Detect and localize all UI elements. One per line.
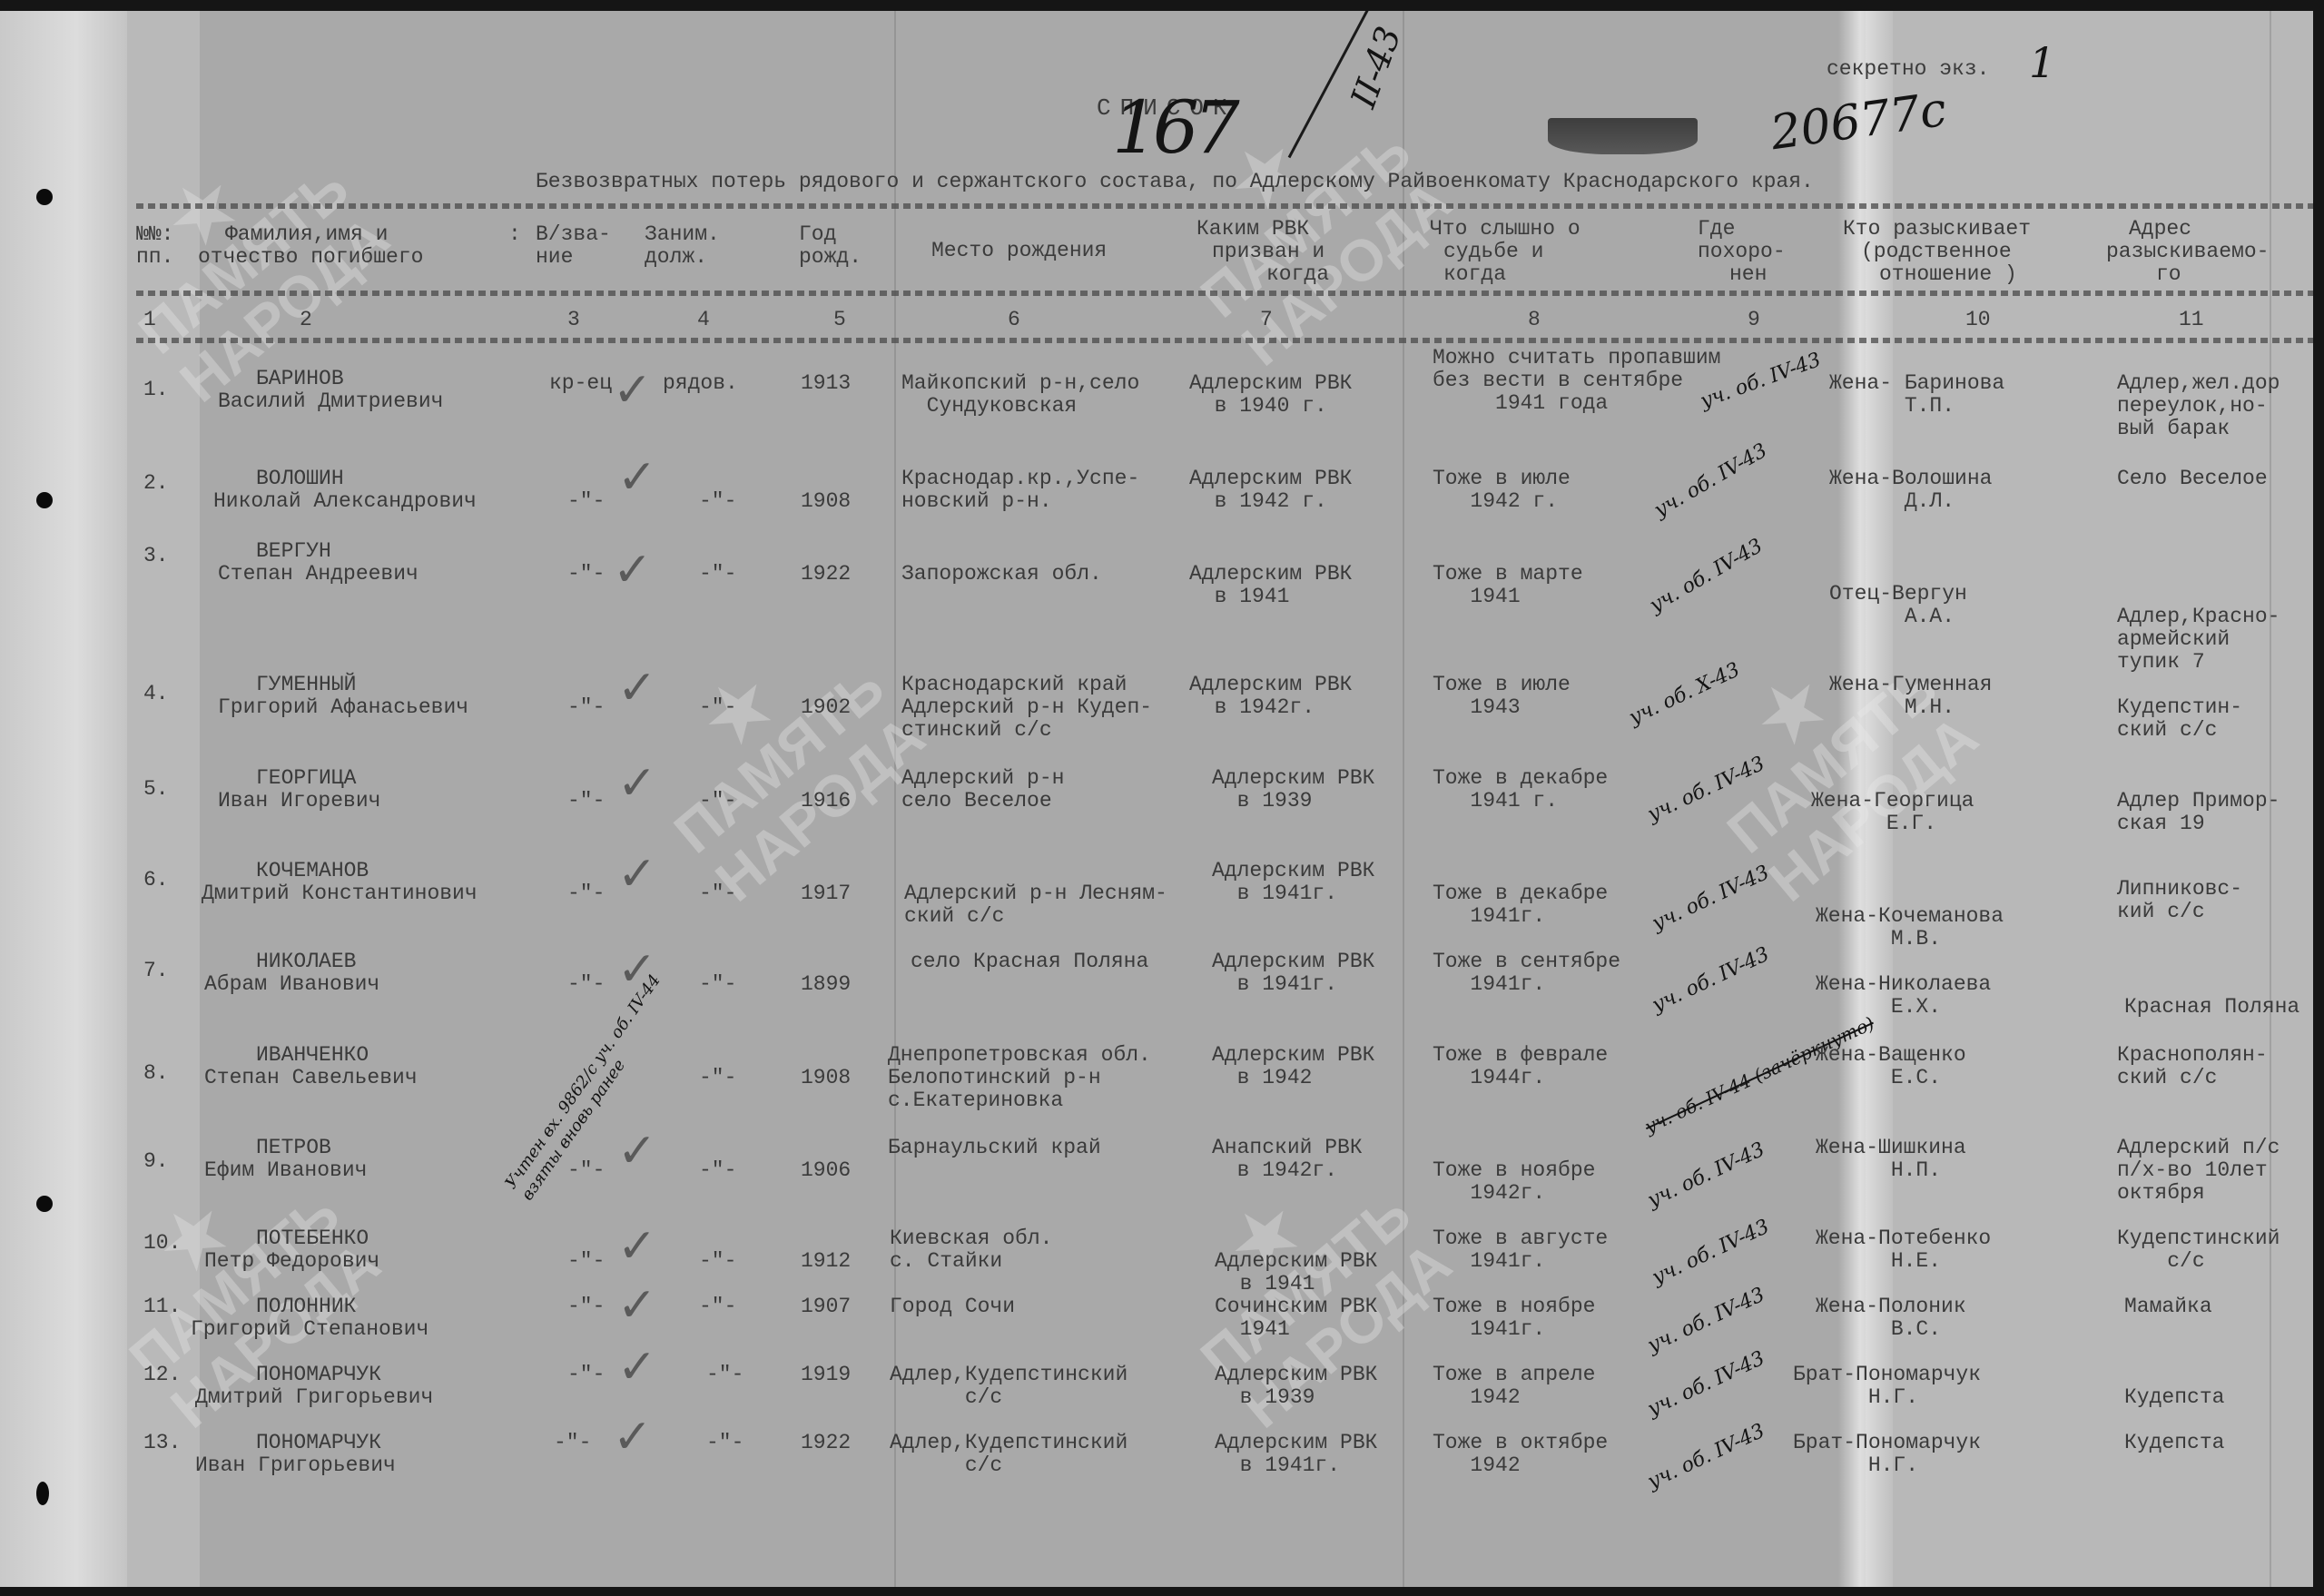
- checkmark-icon: ✓: [617, 1128, 657, 1175]
- fate: Можно считать пропавшим без вести в сент…: [1433, 347, 1720, 415]
- birthplace: Адлер,Кудепстинский с/с: [890, 1432, 1128, 1477]
- page-margin-strip: [0, 11, 127, 1587]
- column-header-8: Что слышно о: [1430, 218, 1581, 241]
- surname: ИВАНЧЕНКО: [256, 1044, 369, 1067]
- punch-hole: [36, 1196, 53, 1212]
- draft-office: Адлерским РВК в 1939: [1212, 767, 1374, 813]
- birth-year: 1908: [801, 490, 851, 513]
- rank: -"-: [567, 563, 605, 586]
- position: -"-: [706, 1432, 743, 1454]
- fate: Тоже в июле 1942 г.: [1433, 468, 1571, 513]
- sheet-number-handwritten: 167: [1112, 85, 1235, 170]
- searching-relative: Жена-Гуменная М.Н.: [1829, 674, 1992, 719]
- draft-office: Анапский РВК в 1942г.: [1212, 1137, 1363, 1182]
- column-number: 10: [1965, 309, 1991, 331]
- handwritten-note: уч. об. IV-43: [1644, 1347, 1768, 1421]
- draft-office: Адлерским РВК в 1941г.: [1212, 951, 1374, 996]
- draft-office: Адлерским РВК в 1941: [1215, 1250, 1377, 1296]
- column-header-1: №№:: [136, 223, 173, 246]
- surname: БАРИНОВ: [256, 368, 344, 390]
- position: -"-: [699, 1067, 736, 1089]
- row-number: 2.: [143, 472, 169, 495]
- given-name: Дмитрий Константинович: [202, 882, 478, 905]
- draft-office: Адлерским РВК в 1939: [1215, 1364, 1377, 1409]
- row-number: 4.: [143, 683, 169, 705]
- position: -"-: [699, 1250, 736, 1273]
- punch-hole: [36, 189, 53, 205]
- row-number: 3.: [143, 545, 169, 567]
- checkmark-icon: ✓: [617, 1282, 657, 1329]
- surname: ВЕРГУН: [256, 540, 331, 563]
- column-number: 8: [1528, 309, 1541, 331]
- row-number: 5.: [143, 778, 169, 801]
- draft-office: Адлерским РВК в 1940 г.: [1189, 372, 1352, 418]
- fate: Тоже в феврале 1944г.: [1433, 1044, 1608, 1089]
- rank: -"-: [567, 973, 605, 996]
- surname: ПОТЕБЕНКО: [256, 1227, 369, 1250]
- fate: Тоже в июле 1943: [1433, 674, 1571, 719]
- row-number: 13.: [143, 1432, 181, 1454]
- birth-year: 1919: [801, 1364, 851, 1386]
- draft-office: Адлерским РВК в 1942г.: [1189, 674, 1352, 719]
- rank: -"-: [567, 696, 605, 719]
- position: рядов.: [663, 372, 738, 395]
- column-header-10: отношение ): [1879, 263, 2017, 286]
- searching-relative: Жена-Георгица Е.Г.: [1811, 790, 1974, 835]
- column-number: 9: [1748, 309, 1760, 331]
- draft-office: Адлерским РВК в 1942 г.: [1189, 468, 1352, 513]
- column-number: 2: [300, 309, 312, 331]
- birth-year: 1902: [801, 696, 851, 719]
- given-name: Ефим Иванович: [204, 1159, 367, 1182]
- column-header-7: призван и: [1212, 241, 1324, 263]
- birthplace: Адлерский р-н село Веселое: [901, 767, 1064, 813]
- given-name: Григорий Степанович: [191, 1318, 428, 1341]
- searching-relative: Жена-Полоник В.С.: [1816, 1296, 1966, 1341]
- fate: Тоже в декабре 1941 г.: [1433, 767, 1608, 813]
- relative-address: Кудепстинский с/с: [2117, 1227, 2280, 1273]
- birth-year: 1906: [801, 1159, 851, 1182]
- column-number: 4: [697, 309, 710, 331]
- handwritten-note: уч. об. IV-43: [1644, 1420, 1768, 1493]
- column-number: 11: [2179, 309, 2204, 331]
- searching-relative: Брат-Пономарчук Н.Г.: [1793, 1364, 1981, 1409]
- column-header-9: нен: [1729, 263, 1767, 286]
- birth-year: 1907: [801, 1296, 851, 1318]
- searching-relative: Жена-Николаева Е.Х.: [1816, 973, 1991, 1019]
- position: -"-: [699, 1159, 736, 1182]
- relative-address: Мамайка: [2124, 1296, 2212, 1318]
- column-header-10: Кто разыскивает: [1843, 218, 2031, 241]
- column-header-3: В/зва-: [536, 223, 611, 246]
- searching-relative: Жена-Волошина Д.Л.: [1829, 468, 1992, 513]
- column-header-10: (родственное: [1861, 241, 2012, 263]
- surname: ГЕОРГИЦА: [256, 767, 356, 790]
- checkmark-icon: ✓: [613, 367, 653, 414]
- secrecy-label: секретно экз.: [1827, 58, 1989, 81]
- column-header-4: долж.: [645, 246, 707, 269]
- searching-relative: Жена-Шишкина Н.П.: [1816, 1137, 1966, 1182]
- document-subtitle: Безвозвратных потерь рядового и сержантс…: [536, 171, 1814, 193]
- relative-address: Адлер Примор- ская 19: [2117, 790, 2280, 835]
- birthplace: Краснодарский край Адлерский р-н Кудеп- …: [901, 674, 1152, 742]
- checkmark-icon: ✓: [613, 547, 653, 594]
- column-header-4: Заним.: [645, 223, 720, 246]
- surname: ПОЛОННИК: [256, 1296, 356, 1318]
- surname: ПЕТРОВ: [256, 1137, 331, 1159]
- given-name: Абрам Иванович: [204, 973, 379, 996]
- column-number: 3: [567, 309, 580, 331]
- rank: -"-: [567, 1296, 605, 1318]
- birthplace: Барнаульский край: [888, 1137, 1101, 1159]
- row-number: 9.: [143, 1150, 169, 1173]
- surname: ПОНОМАРЧУК: [256, 1432, 381, 1454]
- relative-address: Адлерский п/с п/х-во 10лет октября: [2117, 1137, 2280, 1205]
- column-number: 7: [1260, 309, 1273, 331]
- relative-address: Краснополян- ский с/с: [2117, 1044, 2268, 1089]
- birthplace: Адлерский р-н Лесням- ский с/с: [904, 882, 1167, 928]
- handwritten-note: уч. об. X-43: [1626, 658, 1744, 729]
- birthplace: Киевская обл. с. Стайки: [890, 1227, 1052, 1273]
- surname: ВОЛОШИН: [256, 468, 344, 490]
- given-name: Николай Александрович: [213, 490, 477, 513]
- column-number: 1: [143, 309, 156, 331]
- searching-relative: Брат-Пономарчук Н.Г.: [1793, 1432, 1981, 1477]
- column-header-7: когда: [1266, 263, 1329, 286]
- position: -"-: [699, 790, 736, 813]
- row-number: 8.: [143, 1062, 169, 1085]
- searching-relative: Жена- Баринова Т.П.: [1829, 372, 2004, 418]
- position: -"-: [699, 882, 736, 905]
- given-name: Степан Андреевич: [218, 563, 419, 586]
- position: -"-: [699, 973, 736, 996]
- column-separator: :: [508, 223, 521, 246]
- rank: -"-: [567, 790, 605, 813]
- birthplace: село Красная Поляна: [911, 951, 1148, 973]
- header-divider: [136, 291, 2313, 296]
- relative-address: Село Веселое: [2117, 468, 2268, 490]
- rank: -"-: [554, 1432, 591, 1454]
- birth-year: 1913: [801, 372, 851, 395]
- given-name: Степан Савельевич: [204, 1067, 418, 1089]
- column-header-11: разыскиваемо-: [2106, 241, 2269, 263]
- given-name: Василий Дмитриевич: [218, 390, 443, 413]
- birth-year: 1917: [801, 882, 851, 905]
- row-number: 6.: [143, 869, 169, 892]
- archival-document-page: ★ПАМЯТЬНАРОДА ★ПАМЯТЬНАРОДА ★ПАМЯТЬНАРОД…: [0, 11, 2313, 1587]
- searching-relative: Жена-Кочеманова М.В.: [1816, 905, 2004, 951]
- draft-office: Адлерским РВК в 1941г.: [1212, 860, 1374, 905]
- punch-hole: [36, 492, 53, 508]
- column-number: 6: [1008, 309, 1020, 331]
- birthplace: Город Сочи: [890, 1296, 1015, 1318]
- column-header-2: Фамилия,имя и: [225, 223, 388, 246]
- column-header-6: Место рождения: [931, 240, 1107, 262]
- watermark: ★ПАМЯТЬНАРОДА: [622, 606, 937, 914]
- relative-address: Кудепстин- ский с/с: [2117, 696, 2242, 742]
- birth-year: 1916: [801, 790, 851, 813]
- column-header-7: Каким РВК: [1196, 218, 1309, 241]
- relative-address: Липниковс- кий с/с: [2117, 878, 2242, 923]
- column-header-11: Адрес: [2129, 218, 2191, 241]
- birth-year: 1922: [801, 563, 851, 586]
- birthplace: Запорожская обл.: [901, 563, 1102, 586]
- row-number: 11.: [143, 1296, 181, 1318]
- relative-address: Адлер,Красно- армейский тупик 7: [2117, 606, 2280, 674]
- birth-year: 1899: [801, 973, 851, 996]
- fate: Тоже в октябре 1942: [1433, 1432, 1608, 1477]
- draft-office: Адлерским РВК в 1941: [1189, 563, 1352, 608]
- checkmark-icon: ✓: [617, 851, 657, 898]
- checkmark-icon: ✓: [617, 760, 657, 807]
- rank: -"-: [567, 1159, 605, 1182]
- relative-address: Кудепста: [2124, 1386, 2224, 1409]
- column-header-9: Где: [1698, 218, 1735, 241]
- handwritten-note: уч. об. IV-43: [1650, 439, 1771, 522]
- searching-relative: Жена-Потебенко Н.Е.: [1816, 1227, 1991, 1273]
- handwritten-note: уч. об. IV-43: [1649, 862, 1773, 935]
- surname: НИКОЛАЕВ: [256, 951, 356, 973]
- column-header-8: судьбе и: [1443, 241, 1543, 263]
- birthplace: Днепропетровская обл. Белопотинский р-н …: [888, 1044, 1151, 1112]
- checkmark-icon: ✓: [617, 665, 657, 712]
- birth-year: 1908: [801, 1067, 851, 1089]
- checkmark-icon: ✓: [617, 454, 657, 501]
- draft-office: Адлерским РВК в 1942: [1212, 1044, 1374, 1089]
- fate: Тоже в августе 1941г.: [1433, 1227, 1608, 1273]
- row-number: 1.: [143, 379, 169, 401]
- fate: Тоже в сентябре 1941г.: [1433, 951, 1620, 996]
- given-name: Иван Игоревич: [218, 790, 380, 813]
- column-header-9: похоро-: [1698, 241, 1786, 263]
- given-name: Дмитрий Григорьевич: [195, 1386, 433, 1409]
- rank: кр-ец: [549, 372, 612, 395]
- checkmark-icon: ✓: [613, 1414, 653, 1461]
- handwritten-note: уч. об. IV-43: [1644, 1284, 1768, 1357]
- page-crease: [894, 11, 896, 1587]
- fate: Тоже в ноябре 1941г.: [1433, 1296, 1595, 1341]
- surname: ГУМЕННЫЙ: [256, 674, 356, 696]
- fate: Тоже в ноябре 1942г.: [1433, 1159, 1595, 1205]
- relative-address: Адлер,жел.дор переулок,но- вый барак: [2117, 372, 2280, 440]
- fate: Тоже в апреле 1942: [1433, 1364, 1595, 1409]
- position: -"-: [699, 696, 736, 719]
- handwritten-note: уч. об. IV-43: [1646, 535, 1767, 617]
- punch-hole: [36, 1482, 49, 1505]
- row-number: 12.: [143, 1364, 181, 1386]
- column-number: 5: [833, 309, 846, 331]
- column-header-5: Год: [799, 223, 836, 246]
- birthplace: Майкопский р-н,село Сундуковская: [901, 372, 1139, 418]
- column-header-8: когда: [1443, 263, 1506, 286]
- draft-office: Сочинским РВК 1941: [1215, 1296, 1377, 1341]
- column-header-5: рожд.: [799, 246, 862, 269]
- column-header-3: ние: [536, 246, 573, 269]
- birthplace: Краснодар.кр.,Успе- новский р-н.: [901, 468, 1139, 513]
- birth-year: 1912: [801, 1250, 851, 1273]
- position: -"-: [699, 563, 736, 586]
- registration-stamp: [1548, 118, 1698, 154]
- birthplace: Адлер,Кудепстинский с/с: [890, 1364, 1128, 1409]
- position: -"-: [706, 1364, 743, 1386]
- rank: -"-: [567, 490, 605, 513]
- relative-address: Красная Поляна: [2124, 996, 2299, 1019]
- column-header-1: пп.: [136, 246, 173, 269]
- handwritten-note: уч. об. IV-43: [1649, 1216, 1773, 1289]
- copy-number-handwritten: 1: [2029, 38, 2055, 87]
- handwritten-note: уч. об. IV-43: [1644, 753, 1768, 826]
- row-number: 7.: [143, 960, 169, 982]
- rank: -"-: [567, 1250, 605, 1273]
- row-number: 10.: [143, 1232, 181, 1255]
- fate: Тоже в марте 1941: [1433, 563, 1583, 608]
- surname: КОЧЕМАНОВ: [256, 860, 369, 882]
- given-name: Петр Федорович: [204, 1250, 379, 1273]
- handwritten-note: уч. об. IV-43: [1644, 1138, 1768, 1212]
- column-header-11: го: [2156, 263, 2181, 286]
- rank: -"-: [567, 882, 605, 905]
- checkmark-icon: ✓: [617, 1223, 657, 1270]
- header-divider: [136, 338, 2313, 343]
- header-divider: [136, 203, 2313, 209]
- birth-year: 1922: [801, 1432, 851, 1454]
- searching-relative: Отец-Вергун А.А.: [1829, 583, 1967, 628]
- position: -"-: [699, 1296, 736, 1318]
- column-header-2: отчество погибшего: [198, 246, 423, 269]
- relative-address: Кудепста: [2124, 1432, 2224, 1454]
- page-crease: [1403, 11, 1404, 1587]
- given-name: Григорий Афанасьевич: [218, 696, 468, 719]
- rank: -"-: [567, 1364, 605, 1386]
- fate: Тоже в декабре 1941г.: [1433, 882, 1608, 928]
- checkmark-icon: ✓: [617, 1344, 657, 1391]
- draft-office: Адлерским РВК в 1941г.: [1215, 1432, 1377, 1477]
- surname: ПОНОМАРЧУК: [256, 1364, 381, 1386]
- handwritten-note: уч. об. IV-43: [1649, 943, 1773, 1017]
- searching-relative: Жена-Ващенко Е.С.: [1816, 1044, 1966, 1089]
- given-name: Иван Григорьевич: [195, 1454, 396, 1477]
- position: -"-: [699, 490, 736, 513]
